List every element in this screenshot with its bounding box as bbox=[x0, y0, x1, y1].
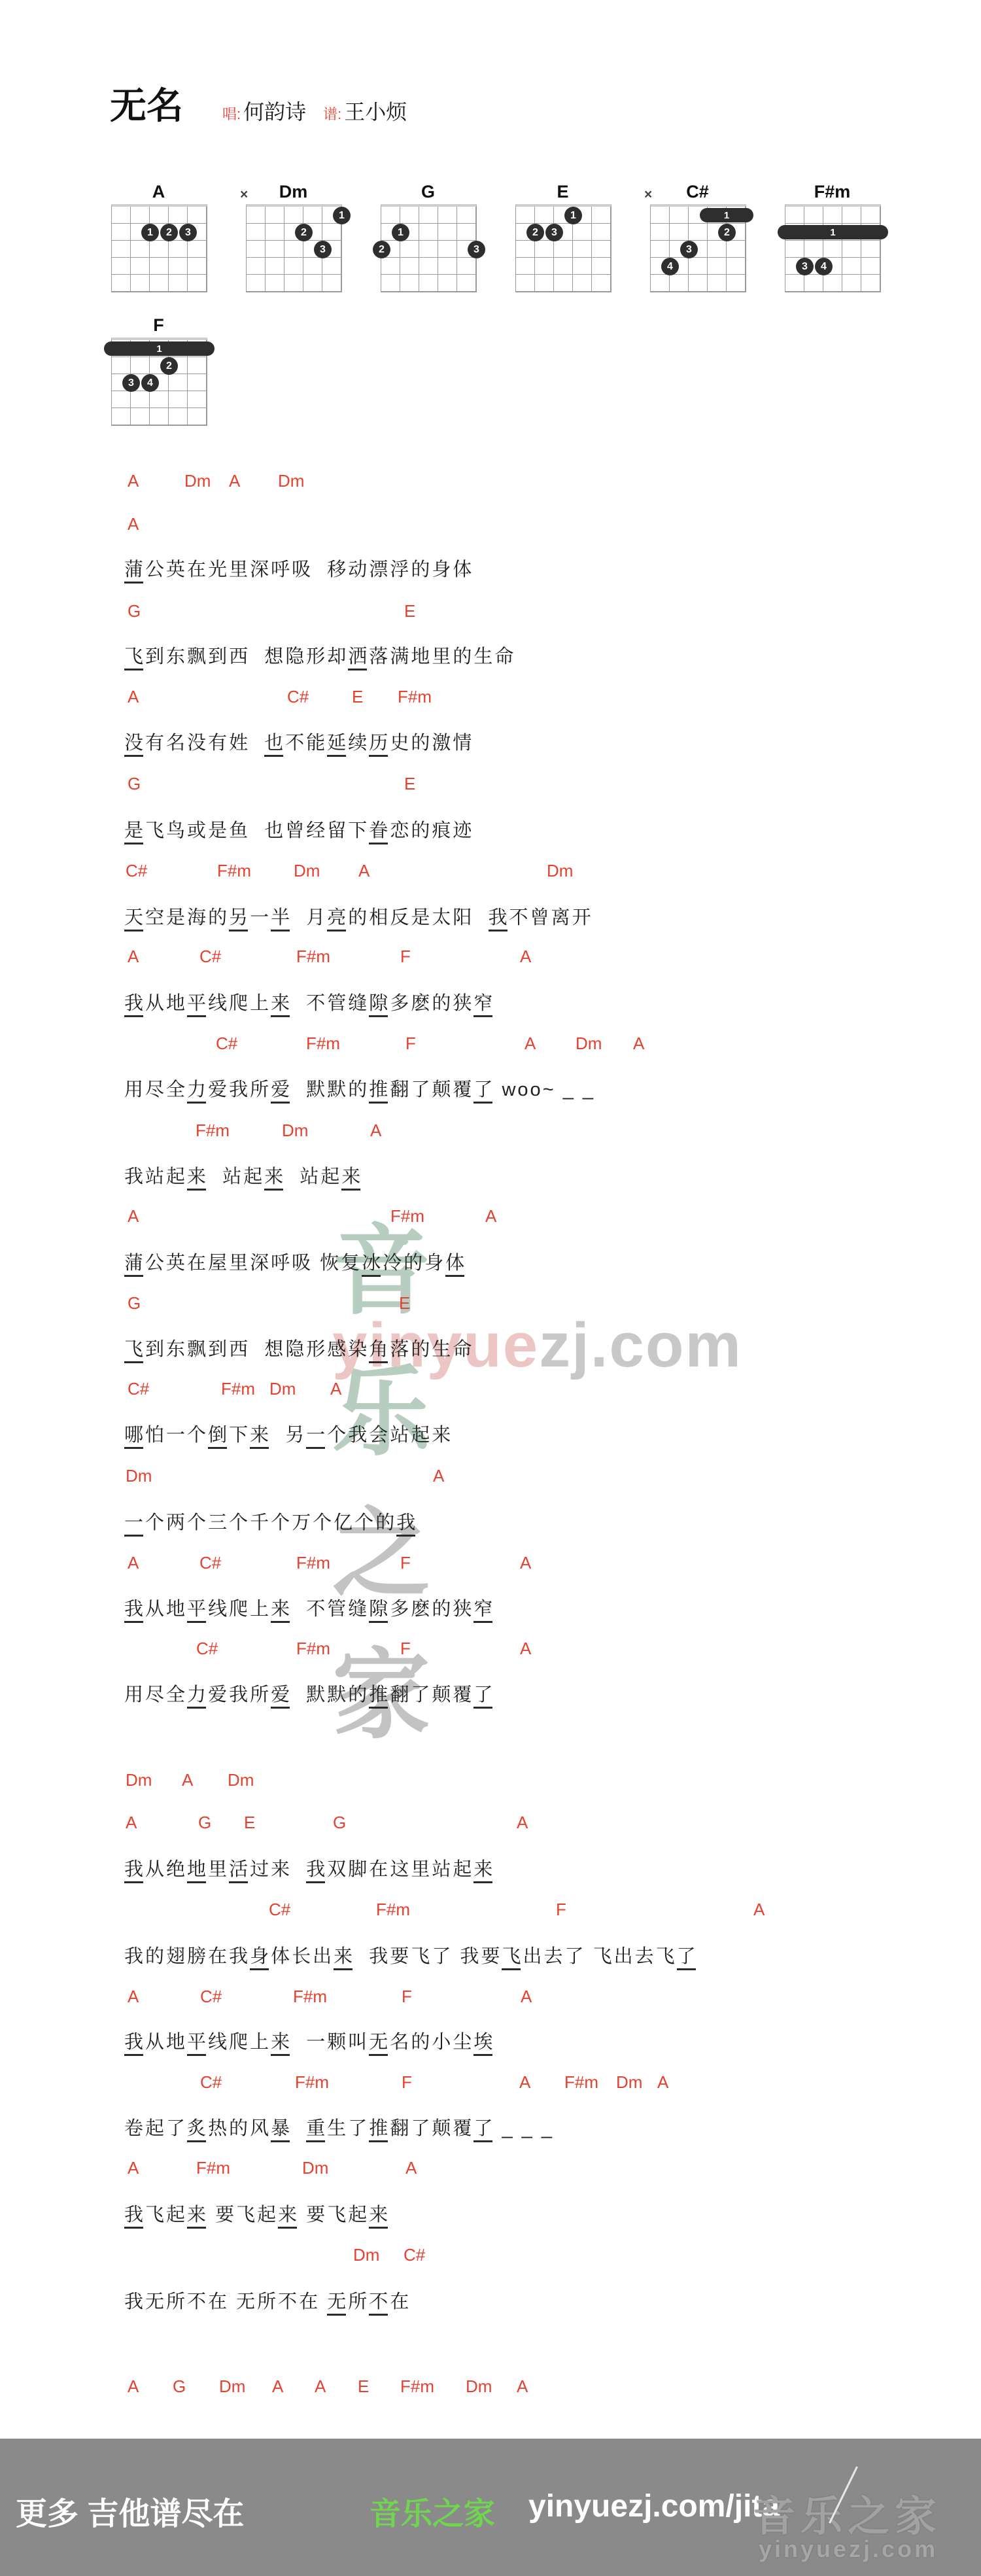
lyric-char: 隐 bbox=[285, 642, 304, 669]
lyric-char: 是 bbox=[208, 816, 227, 843]
lyric-char-underlined: 无 bbox=[369, 2027, 388, 2056]
chord-label: F#m bbox=[196, 2158, 230, 2178]
chord-label: F#m bbox=[398, 687, 432, 707]
chord-label: A bbox=[370, 1121, 381, 1141]
lyric-char: 有 bbox=[145, 728, 164, 755]
chord-line: AF#mDmA bbox=[124, 2158, 968, 2179]
chord-label: F bbox=[402, 2072, 412, 2093]
chord-label: G bbox=[333, 1813, 346, 1833]
chord-label: A bbox=[519, 2072, 530, 2093]
lyric-char: 体 bbox=[271, 1941, 290, 1968]
chord-label: Dm bbox=[576, 1034, 602, 1054]
lyric-char: 爬 bbox=[229, 988, 248, 1015]
chord-label: F bbox=[400, 1553, 411, 1573]
lyric-char: 在 bbox=[187, 1248, 206, 1275]
lyric-char: 了 bbox=[348, 2114, 367, 2140]
lyric-char: 英 bbox=[166, 1248, 185, 1275]
chord-label: Dm bbox=[126, 1770, 152, 1790]
chord-label: C# bbox=[269, 1900, 290, 1920]
chord-label: A bbox=[633, 1034, 644, 1054]
mute-x-mark: × bbox=[644, 187, 652, 203]
lyric-line: 我无所不在 无所不在 无所不在 bbox=[124, 2287, 968, 2313]
lyric-char-underlined: 来 bbox=[187, 1162, 206, 1191]
lyric-char: 了 bbox=[166, 2114, 185, 2140]
footer-stamp-url: yinyuezj.com bbox=[759, 2535, 938, 2563]
lyric-char: 叫 bbox=[348, 2027, 367, 2054]
lyric-char: 全 bbox=[166, 1680, 185, 1707]
barre-bar: 1 bbox=[104, 341, 215, 356]
lyric-char: 覆 bbox=[453, 2114, 472, 2140]
chord-line: GE bbox=[124, 601, 968, 622]
lyric-char: 东 bbox=[166, 642, 185, 669]
chord-label: A bbox=[657, 2072, 668, 2093]
lyric-char: 开 bbox=[572, 903, 591, 930]
lyric-char: 线 bbox=[208, 988, 227, 1015]
lyric-char: 我 bbox=[229, 1075, 248, 1102]
chord-label: A bbox=[358, 861, 370, 881]
lyric-char: 小 bbox=[432, 2027, 451, 2054]
chord-line: AC#F#mFA bbox=[124, 1987, 968, 2008]
lyric-char: 浮 bbox=[390, 555, 409, 582]
lyric-char-underlined: 窄 bbox=[473, 1594, 492, 1623]
chord-diagram-name: F#m bbox=[785, 182, 880, 201]
lyric-char: 在 bbox=[299, 2287, 318, 2314]
lyric-char: 出 bbox=[614, 1941, 633, 1968]
chord-diagram-F: F1234 bbox=[111, 315, 207, 426]
lyric-char-underlined: 冰 bbox=[362, 1248, 381, 1277]
lyric-char: 满 bbox=[390, 642, 409, 669]
chord-label: A bbox=[128, 1987, 139, 2007]
lyric-char: 的 bbox=[375, 1508, 394, 1535]
lyric-char: 飘 bbox=[187, 1334, 206, 1361]
singer-name: 何韵诗 bbox=[243, 96, 306, 126]
lyric-line: 用尽全力爱我所爱 默默的推翻了颠覆了 bbox=[124, 1680, 968, 1706]
lyric-char-underlined: 了 bbox=[473, 1680, 492, 1709]
lyric-char: 地 bbox=[411, 642, 430, 669]
lyric-char bbox=[299, 2032, 304, 2053]
lyric-char-underlined: 飞 bbox=[124, 1334, 143, 1363]
chord-diagram-name: G bbox=[381, 182, 475, 201]
lyric-char bbox=[534, 2118, 540, 2140]
lyric-line: 一个两个三个千个万个亿个的我 bbox=[124, 1508, 968, 1534]
chord-label: A bbox=[182, 1770, 193, 1790]
lyric-char: 了 bbox=[411, 2114, 430, 2140]
lyric-char: 要 bbox=[215, 2200, 234, 2227]
singer-label: 唱: bbox=[222, 103, 241, 124]
lyric-char bbox=[278, 1425, 283, 1446]
lyric-char bbox=[515, 2118, 520, 2140]
lyric-char: 形 bbox=[306, 642, 325, 669]
lyric-char: 要 bbox=[306, 2200, 325, 2227]
chord-label: Dm bbox=[302, 2158, 328, 2178]
lyric-line: 我站起来 站起来 站起来 bbox=[124, 1162, 968, 1188]
lyric-char-underlined: 炙 bbox=[187, 2114, 206, 2142]
fretboard-grid: 1234 bbox=[111, 338, 207, 426]
lyric-char: 飞 bbox=[145, 816, 164, 843]
lyric-char-underlined: 我 bbox=[124, 1854, 143, 1883]
lyric-char-underlined: 力 bbox=[187, 1075, 206, 1104]
lyric-char: 了 bbox=[432, 1941, 451, 1968]
lyric-char: 从 bbox=[145, 1594, 164, 1621]
lyric-char: 万 bbox=[292, 1508, 311, 1535]
lyric-char: 翻 bbox=[390, 2114, 409, 2140]
finger-dot: 1 bbox=[333, 207, 351, 224]
lyric-char: 我 bbox=[229, 1680, 248, 1707]
lyric-char bbox=[313, 559, 318, 581]
lyric-line: 天空是海的另一半 月亮的相反是太阳 我不曾离开 bbox=[124, 903, 968, 929]
lyric-char: 月 bbox=[306, 903, 325, 930]
chord-diagram-E: E123 bbox=[515, 182, 611, 292]
lyric-char: 个 bbox=[313, 1508, 332, 1535]
lyric-char: 翻 bbox=[390, 1680, 409, 1707]
lyric-char: 恢 bbox=[320, 1248, 339, 1275]
lyric-char: 经 bbox=[306, 816, 325, 843]
lyric-char: 会 bbox=[369, 1420, 388, 1447]
finger-dot: 2 bbox=[718, 224, 736, 241]
fretboard-grid: ×123 bbox=[246, 204, 342, 292]
lyric-char: 落 bbox=[390, 1334, 409, 1361]
lyric-char: 线 bbox=[208, 2027, 227, 2054]
chord-sheet-page: 无名 唱: 何韵诗 谱: 王小烦 A123Dm×123G123E123C#×12… bbox=[0, 0, 981, 2576]
lyric-char: 地 bbox=[166, 2027, 185, 2054]
chord-label: F#m bbox=[564, 2072, 598, 2093]
lyric-char: 脚 bbox=[348, 1854, 367, 1881]
lyric-char: 风 bbox=[250, 2114, 269, 2140]
lyric-char: 个 bbox=[187, 1420, 206, 1447]
lyric-char: 我 bbox=[369, 1941, 388, 1968]
lyric-line: 用尽全力爱我所爱 默默的推翻了颠覆了 woo~ _ _ bbox=[124, 1075, 968, 1101]
finger-dot: 1 bbox=[392, 224, 409, 241]
lyric-char bbox=[292, 1079, 297, 1101]
chord-label: C# bbox=[126, 861, 147, 881]
lyric-char: 公 bbox=[145, 1248, 164, 1275]
finger-dot: 3 bbox=[122, 374, 140, 392]
lyric-char-underlined: 活 bbox=[229, 1854, 248, 1883]
lyric-char bbox=[208, 1166, 213, 1188]
chord-label: A bbox=[517, 1813, 528, 1833]
lyric-char: 个 bbox=[145, 1508, 164, 1535]
chord-label: A bbox=[272, 2376, 283, 2397]
lyric-char: 在 bbox=[208, 1941, 227, 1968]
lyric-char: 翅 bbox=[166, 1941, 185, 1968]
song-title: 无名 bbox=[110, 77, 183, 130]
lyric-char: 我 bbox=[124, 1941, 143, 1968]
lyric-char: 隐 bbox=[285, 1334, 304, 1361]
lyric-char: 爬 bbox=[229, 1594, 248, 1621]
chord-label: Dm bbox=[269, 1379, 296, 1399]
lyric-char: 起 bbox=[453, 1854, 472, 1881]
lyric-char: 飞 bbox=[411, 1941, 430, 1968]
lyric-char bbox=[257, 1339, 262, 1361]
lyric-char: 也 bbox=[264, 816, 283, 843]
chord-label: A bbox=[128, 2158, 139, 2178]
chord-label: F bbox=[556, 1900, 566, 1920]
lyric-char: 起 bbox=[243, 1162, 262, 1189]
finger-dot: 4 bbox=[815, 258, 833, 275]
chord-line: AF#mA bbox=[124, 1206, 968, 1227]
lyric-char bbox=[586, 1946, 591, 1968]
chord-label: E bbox=[244, 1813, 255, 1833]
chord-label: C# bbox=[128, 1379, 149, 1399]
chord-diagram-name: C# bbox=[650, 182, 745, 201]
lyric-char: 不 bbox=[285, 728, 304, 755]
lyric-char-underlined: 了 bbox=[473, 1075, 492, 1104]
lyric-char: 鱼 bbox=[229, 816, 248, 843]
finger-dot: 3 bbox=[314, 241, 332, 258]
lyric-char-underlined: 我 bbox=[124, 2027, 143, 2056]
lyric-char: 颗 bbox=[327, 2027, 346, 2054]
lyric-char: 站 bbox=[390, 1420, 409, 1447]
lyric-char bbox=[299, 907, 304, 929]
lyric-char: 名 bbox=[166, 728, 185, 755]
lyric-char: 卷 bbox=[124, 2114, 143, 2140]
lyric-char: 不 bbox=[509, 903, 528, 930]
lyric-char-underlined: 我 bbox=[124, 2200, 143, 2229]
lyric-line: 飞到东飘到西 想隐形感染角落的生命 bbox=[124, 1334, 968, 1361]
lyric-char: 默 bbox=[306, 1680, 325, 1707]
chord-label: A bbox=[405, 2158, 417, 2178]
lyric-char: 个 bbox=[354, 1508, 373, 1535]
lyric-char: 来 bbox=[271, 1854, 290, 1881]
lyric-char: 爱 bbox=[208, 1075, 227, 1102]
lyric-char: 要 bbox=[390, 1941, 409, 1968]
finger-dot: 1 bbox=[564, 207, 582, 224]
finger-dot: 3 bbox=[468, 241, 485, 258]
lyric-char: 深 bbox=[250, 1248, 269, 1275]
lyric-char: 个 bbox=[327, 1420, 346, 1447]
lyric-char bbox=[299, 2118, 304, 2140]
lyric-char: 上 bbox=[250, 2027, 269, 2054]
lyric-char: 续 bbox=[348, 728, 367, 755]
chord-label: C# bbox=[404, 2245, 425, 2265]
chord-label: A bbox=[520, 1639, 531, 1659]
lyric-char-underlined: 爱 bbox=[271, 1680, 290, 1709]
lyric-char: w bbox=[502, 1079, 515, 1101]
lyric-char: 阳 bbox=[453, 903, 472, 930]
finger-dot: 3 bbox=[796, 258, 814, 275]
lyric-char: 到 bbox=[208, 642, 227, 669]
lyric-char: 在 bbox=[369, 1854, 388, 1881]
lyric-char-underlined: 也 bbox=[264, 728, 283, 757]
lyric-char bbox=[250, 820, 255, 842]
lyric-char: 不 bbox=[278, 2287, 297, 2314]
lyric-char: 尽 bbox=[145, 1680, 164, 1707]
chord-diagram-C#: C#×1234 bbox=[650, 182, 746, 292]
lyric-char: 麽 bbox=[411, 988, 430, 1015]
lyric-char: 落 bbox=[369, 642, 388, 669]
chord-label: C# bbox=[199, 1553, 221, 1573]
lyric-char bbox=[299, 993, 304, 1015]
finger-dot: 4 bbox=[661, 258, 679, 275]
lyric-char bbox=[481, 907, 486, 929]
lyric-char: 起 bbox=[257, 2200, 276, 2227]
lyric-char: 留 bbox=[327, 816, 346, 843]
lyric-char: 翻 bbox=[390, 1075, 409, 1102]
lyric-char: 生 bbox=[432, 1334, 451, 1361]
lyric-char-underlined: 身 bbox=[250, 1941, 269, 1970]
lyric-char: 起 bbox=[320, 1162, 339, 1189]
lyric-char: 爬 bbox=[229, 2027, 248, 2054]
lyric-char-underlined: 天 bbox=[124, 903, 143, 931]
lyric-char: 不 bbox=[306, 1594, 325, 1621]
barre-bar: 1 bbox=[778, 225, 888, 239]
lyric-char: 动 bbox=[348, 555, 367, 582]
lyric-char: 体 bbox=[453, 555, 472, 582]
lyric-line: 我从地平线爬上来 不管缝隙多麽的狭窄 bbox=[124, 1594, 968, 1620]
chord-label: F#m bbox=[217, 861, 251, 881]
chord-diagram-Dm: Dm×123 bbox=[246, 182, 342, 292]
lyric-char: o bbox=[517, 1079, 528, 1101]
lyric-char bbox=[494, 1079, 500, 1101]
chord-label: F#m bbox=[221, 1379, 255, 1399]
chord-label: E bbox=[399, 1293, 410, 1314]
chord-line: AC#F#mFA bbox=[124, 1553, 968, 1574]
lyric-char-underlined: 一 bbox=[306, 1420, 325, 1449]
lyric-char: 多 bbox=[390, 1594, 409, 1621]
lyric-char: 的 bbox=[411, 816, 430, 843]
lyric-char: 想 bbox=[264, 1334, 283, 1361]
chord-line: ADmADm bbox=[124, 471, 968, 492]
lyric-char: 情 bbox=[453, 728, 472, 755]
chord-line: DmADm bbox=[124, 1770, 968, 1791]
lyric-char: 痕 bbox=[432, 816, 451, 843]
lyric-char: 下 bbox=[229, 1420, 248, 1447]
lyric-char: 我 bbox=[460, 1941, 479, 1968]
chord-diagram-F#m: F#m134 bbox=[785, 182, 881, 292]
chord-label: C# bbox=[199, 947, 221, 967]
lyric-char: 在 bbox=[390, 2287, 409, 2314]
lyric-char: 所 bbox=[166, 2287, 185, 2314]
lyric-char bbox=[354, 1946, 360, 1968]
lyric-char: 尘 bbox=[453, 2027, 472, 2054]
lyric-char: _ bbox=[522, 2118, 532, 2140]
chord-label: G bbox=[198, 1813, 211, 1833]
lyric-char: 起 bbox=[166, 2200, 185, 2227]
lyric-char: 太 bbox=[432, 903, 451, 930]
lyric-char-underlined: 来 bbox=[334, 1941, 353, 1970]
finger-dot: 2 bbox=[160, 357, 178, 375]
lyric-char-underlined: 洒 bbox=[348, 642, 367, 670]
chord-label: A bbox=[128, 1553, 139, 1573]
lyric-char bbox=[250, 733, 255, 754]
chord-label: A bbox=[330, 1379, 341, 1399]
lyric-char: 感 bbox=[327, 1334, 346, 1361]
lyric-char: 命 bbox=[453, 1334, 472, 1361]
lyric-char-underlined: 是 bbox=[124, 816, 143, 844]
lyric-char: 线 bbox=[208, 1594, 227, 1621]
credits: 唱: 何韵诗 谱: 王小烦 bbox=[222, 96, 424, 126]
lyric-char: 管 bbox=[327, 1594, 346, 1621]
footer-tagline: 更多 吉他谱尽在 bbox=[16, 2488, 244, 2533]
lyric-char bbox=[453, 1946, 458, 1968]
lyric-char: 移 bbox=[327, 555, 346, 582]
chord-label: E bbox=[404, 601, 415, 621]
lyric-char: 出 bbox=[313, 1941, 332, 1968]
fretboard-grid: 134 bbox=[785, 204, 881, 292]
lyric-char: 一 bbox=[166, 1420, 185, 1447]
lyric-char: 西 bbox=[229, 642, 248, 669]
lyric-char: o bbox=[530, 1079, 541, 1101]
lyric-char: 的 bbox=[348, 1680, 367, 1707]
chord-label: A bbox=[126, 1813, 137, 1833]
lyric-char-underlined: 来 bbox=[271, 2027, 290, 2056]
lyric-char: 的 bbox=[348, 903, 367, 930]
lyric-char: 史 bbox=[390, 728, 409, 755]
lyric-char: 下 bbox=[348, 816, 367, 843]
chord-label: F bbox=[400, 947, 411, 967]
lyric-char bbox=[299, 1859, 304, 1881]
chord-line: C#F#mFADmA bbox=[124, 1034, 968, 1054]
barre-bar: 1 bbox=[700, 208, 753, 222]
lyric-char: 或 bbox=[187, 816, 206, 843]
lyric-char bbox=[257, 646, 262, 668]
lyric-char: 怕 bbox=[145, 1420, 164, 1447]
lyric-char: 鸟 bbox=[166, 816, 185, 843]
lyric-char: 狭 bbox=[453, 988, 472, 1015]
chord-line: DmA bbox=[124, 1466, 968, 1487]
chord-label: A bbox=[128, 471, 139, 491]
lyric-char: ~ bbox=[543, 1079, 554, 1101]
lyric-char-underlined: 来 bbox=[369, 2200, 388, 2229]
lyric-char-underlined: 平 bbox=[187, 2027, 206, 2056]
finger-dot: 3 bbox=[545, 224, 563, 241]
chord-label: A bbox=[525, 1034, 536, 1054]
lyric-char bbox=[292, 1166, 298, 1188]
lyric-char: 染 bbox=[348, 1334, 367, 1361]
lyric-char: 的 bbox=[411, 555, 430, 582]
lyric-char-underlined: 蒲 bbox=[124, 555, 143, 583]
lyric-line: 是飞鸟或是鱼 也曾经留下眷恋的痕迹 bbox=[124, 816, 968, 842]
lyric-char: 默 bbox=[327, 1075, 346, 1102]
lyric-char-underlined: 亮 bbox=[327, 903, 346, 931]
lyric-char: 的 bbox=[348, 1075, 367, 1102]
lyric-char bbox=[257, 733, 262, 754]
chord-diagram-name: F bbox=[111, 315, 206, 335]
lyric-char: 颠 bbox=[432, 1680, 451, 1707]
lyric-char bbox=[292, 2032, 297, 2053]
lyric-char-underlined: 一 bbox=[124, 1508, 143, 1537]
chord-label: A bbox=[485, 1206, 496, 1227]
lyric-char: 颠 bbox=[432, 1075, 451, 1102]
lyric-line: 我从绝地里活过来 我双脚在这里站起来 bbox=[124, 1854, 968, 1881]
lyric-char: 我 bbox=[124, 1162, 143, 1189]
chord-label: F#m bbox=[390, 1206, 424, 1227]
lyric-char-underlined: 重 bbox=[306, 2114, 325, 2142]
lyric-char: 的 bbox=[411, 2027, 430, 2054]
chord-label: Dm bbox=[278, 471, 304, 491]
chord-line: C#F#mFAF#mDmA bbox=[124, 2072, 968, 2093]
chord-label: A bbox=[315, 2376, 326, 2397]
lyric-char-underlined: 角 bbox=[369, 1334, 388, 1363]
watermark-cjk-gray: 之家 bbox=[332, 1499, 434, 1750]
lyric-char: 飞 bbox=[327, 2200, 346, 2227]
footer-url: yinyuezj.com/jita bbox=[528, 2488, 780, 2524]
lyric-char: 起 bbox=[348, 2200, 367, 2227]
lyric-char-underlined: 我 bbox=[396, 1508, 415, 1537]
lyric-char bbox=[299, 2204, 304, 2226]
finger-dot: 2 bbox=[373, 241, 390, 258]
lyric-char: 地 bbox=[166, 988, 185, 1015]
lyric-char: 不 bbox=[306, 988, 325, 1015]
chord-line: C#F#mDmADm bbox=[124, 861, 968, 882]
lyric-char: 起 bbox=[166, 1162, 185, 1189]
lyric-char-underlined: 平 bbox=[187, 988, 206, 1017]
lyric-char: 个 bbox=[187, 1508, 206, 1535]
lyric-char-underlined: 推 bbox=[369, 1075, 388, 1104]
lyric-char: 起 bbox=[411, 1420, 430, 1447]
lyric-char-underlined: 力 bbox=[187, 1680, 206, 1709]
lyric-char-underlined: 不 bbox=[369, 2287, 388, 2316]
